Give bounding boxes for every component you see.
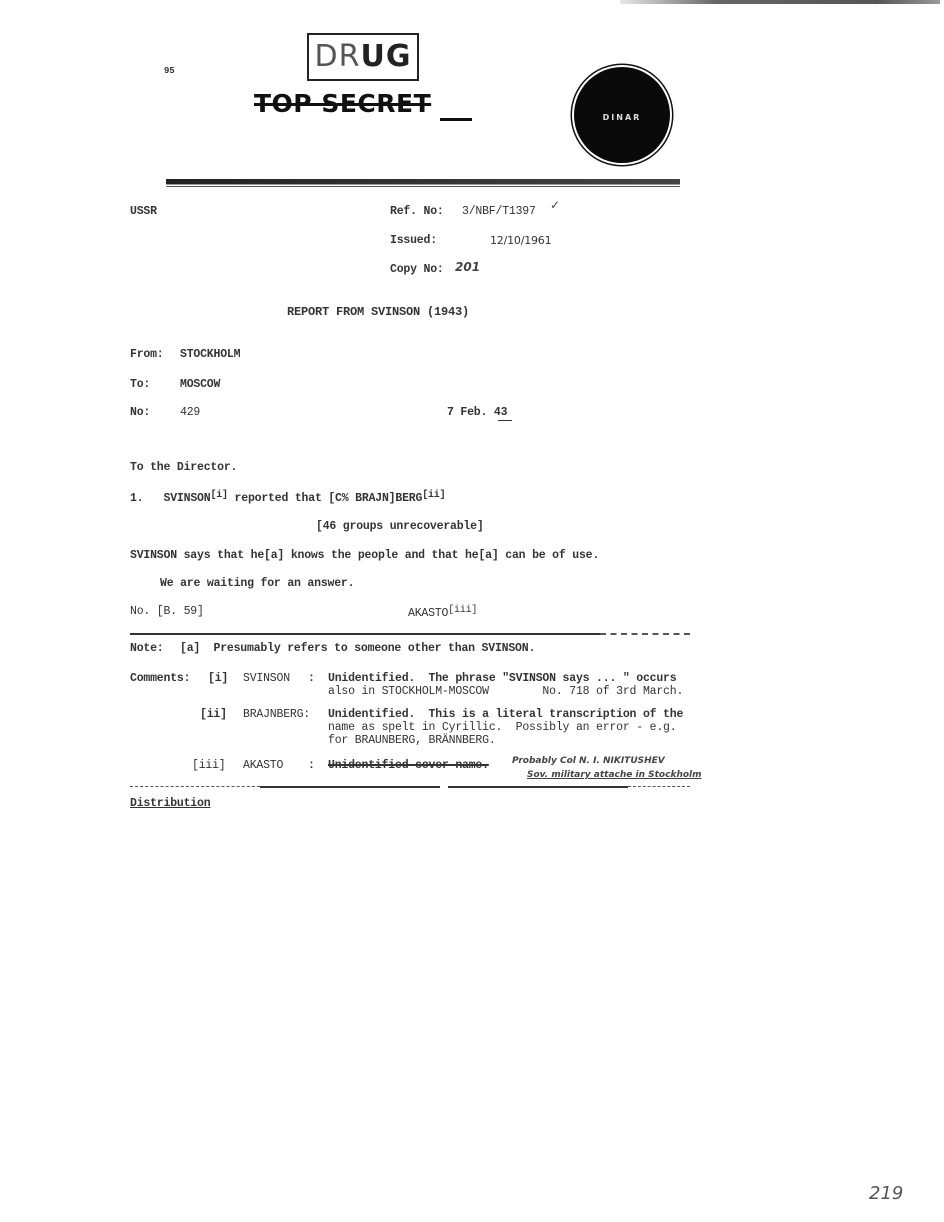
page-number-top: 95 bbox=[164, 66, 174, 76]
copy-value: 201 bbox=[455, 260, 480, 274]
codeword-stamp: DRUG bbox=[307, 33, 419, 81]
para1-text: reported that [C% BRAJN]BERG bbox=[228, 492, 422, 505]
venona-seal: DINAR bbox=[574, 67, 670, 163]
salutation: To the Director. bbox=[130, 461, 237, 474]
page-number-bottom: 219 bbox=[869, 1183, 903, 1204]
comment-name-i: SVINSON bbox=[243, 672, 290, 685]
classification-underline bbox=[440, 118, 472, 121]
document-title: REPORT FROM SVINSON (1943) bbox=[287, 305, 469, 319]
note-separator-dotted bbox=[600, 633, 690, 635]
date-underline bbox=[498, 420, 512, 421]
comment-line: for BRAUNBERG, BRÄNNBERG. bbox=[328, 734, 496, 747]
classification-stamp: TOP SECRET bbox=[254, 89, 431, 118]
comment-ref-ii: [ii] bbox=[200, 708, 227, 721]
signature-number: No. [B. 59] bbox=[130, 605, 204, 618]
issued-value: 12/10/1961 bbox=[490, 234, 551, 247]
no-label: No: bbox=[130, 406, 150, 419]
to-value: MOSCOW bbox=[180, 378, 220, 391]
note-separator bbox=[130, 633, 600, 635]
paragraph-2: SVINSON says that he[a] knows the people… bbox=[130, 549, 599, 562]
svinson-name: SVINSON bbox=[164, 492, 211, 505]
distribution-separator-dotted-2 bbox=[628, 786, 690, 787]
header-rule-thin bbox=[166, 186, 680, 187]
ref-label: Ref. No: bbox=[390, 205, 444, 218]
issued-label: Issued: bbox=[390, 234, 437, 247]
message-date: 7 Feb. 43 bbox=[447, 406, 507, 419]
footnote-ref-ii: [ii] bbox=[422, 490, 445, 501]
comment-ref-i: [i] bbox=[208, 672, 228, 685]
comment-sep-i: : bbox=[308, 672, 315, 685]
paragraph-1: 1. SVINSON[i] reported that [C% BRAJN]BE… bbox=[130, 490, 445, 505]
comment-name-iii: AKASTO bbox=[243, 759, 283, 772]
comment-ref-iii: [iii] bbox=[192, 759, 226, 772]
note-text: [a] Presumably refers to someone other t… bbox=[180, 642, 535, 655]
comment-sep-iii: : bbox=[308, 759, 315, 772]
ref-value: 3/NBF/T1397 bbox=[462, 205, 536, 218]
distribution-label: Distribution bbox=[130, 797, 210, 810]
no-value: 429 bbox=[180, 406, 200, 419]
handwritten-annotation-1: Probably Col N. I. NIKITUSHEV bbox=[512, 756, 665, 766]
distribution-separator-dotted bbox=[130, 786, 260, 787]
from-value: STOCKHOLM bbox=[180, 348, 240, 361]
checkmark-icon: ✓ bbox=[550, 198, 560, 212]
paragraph-3: We are waiting for an answer. bbox=[160, 577, 354, 590]
comments-label: Comments: bbox=[130, 672, 190, 685]
signature: AKASTO[iii] bbox=[408, 605, 477, 620]
para-number: 1. bbox=[130, 492, 143, 505]
footnote-ref-iii: [iii] bbox=[448, 605, 477, 616]
struck-text: Unidentified cover-name. bbox=[328, 759, 489, 772]
copy-label: Copy No: bbox=[390, 263, 444, 276]
comment-line: also in STOCKHOLM-MOSCOW No. 718 of 3rd … bbox=[328, 685, 683, 698]
distribution-separator-2 bbox=[448, 786, 628, 788]
comment-line: Unidentified. The phrase "SVINSON says .… bbox=[328, 672, 676, 685]
comment-line: Unidentified. This is a literal transcri… bbox=[328, 708, 683, 721]
unrecoverable-groups: [46 groups unrecoverable] bbox=[316, 520, 484, 533]
seal-text: DINAR bbox=[603, 113, 642, 122]
signature-name: AKASTO bbox=[408, 607, 448, 620]
note-label: Note: bbox=[130, 642, 164, 655]
to-label: To: bbox=[130, 378, 150, 391]
country-label: USSR bbox=[130, 205, 157, 218]
header-rule bbox=[166, 179, 680, 185]
handwritten-annotation-2: Sov. military attache in Stockholm bbox=[527, 770, 702, 780]
scan-edge-line bbox=[620, 0, 940, 4]
from-label: From: bbox=[130, 348, 164, 361]
comment-line: name as spelt in Cyrillic. Possibly an e… bbox=[328, 721, 676, 734]
distribution-separator bbox=[260, 786, 440, 788]
footnote-ref-i: [i] bbox=[210, 490, 227, 501]
comment-name-ii: BRAJNBERG: bbox=[243, 708, 310, 721]
